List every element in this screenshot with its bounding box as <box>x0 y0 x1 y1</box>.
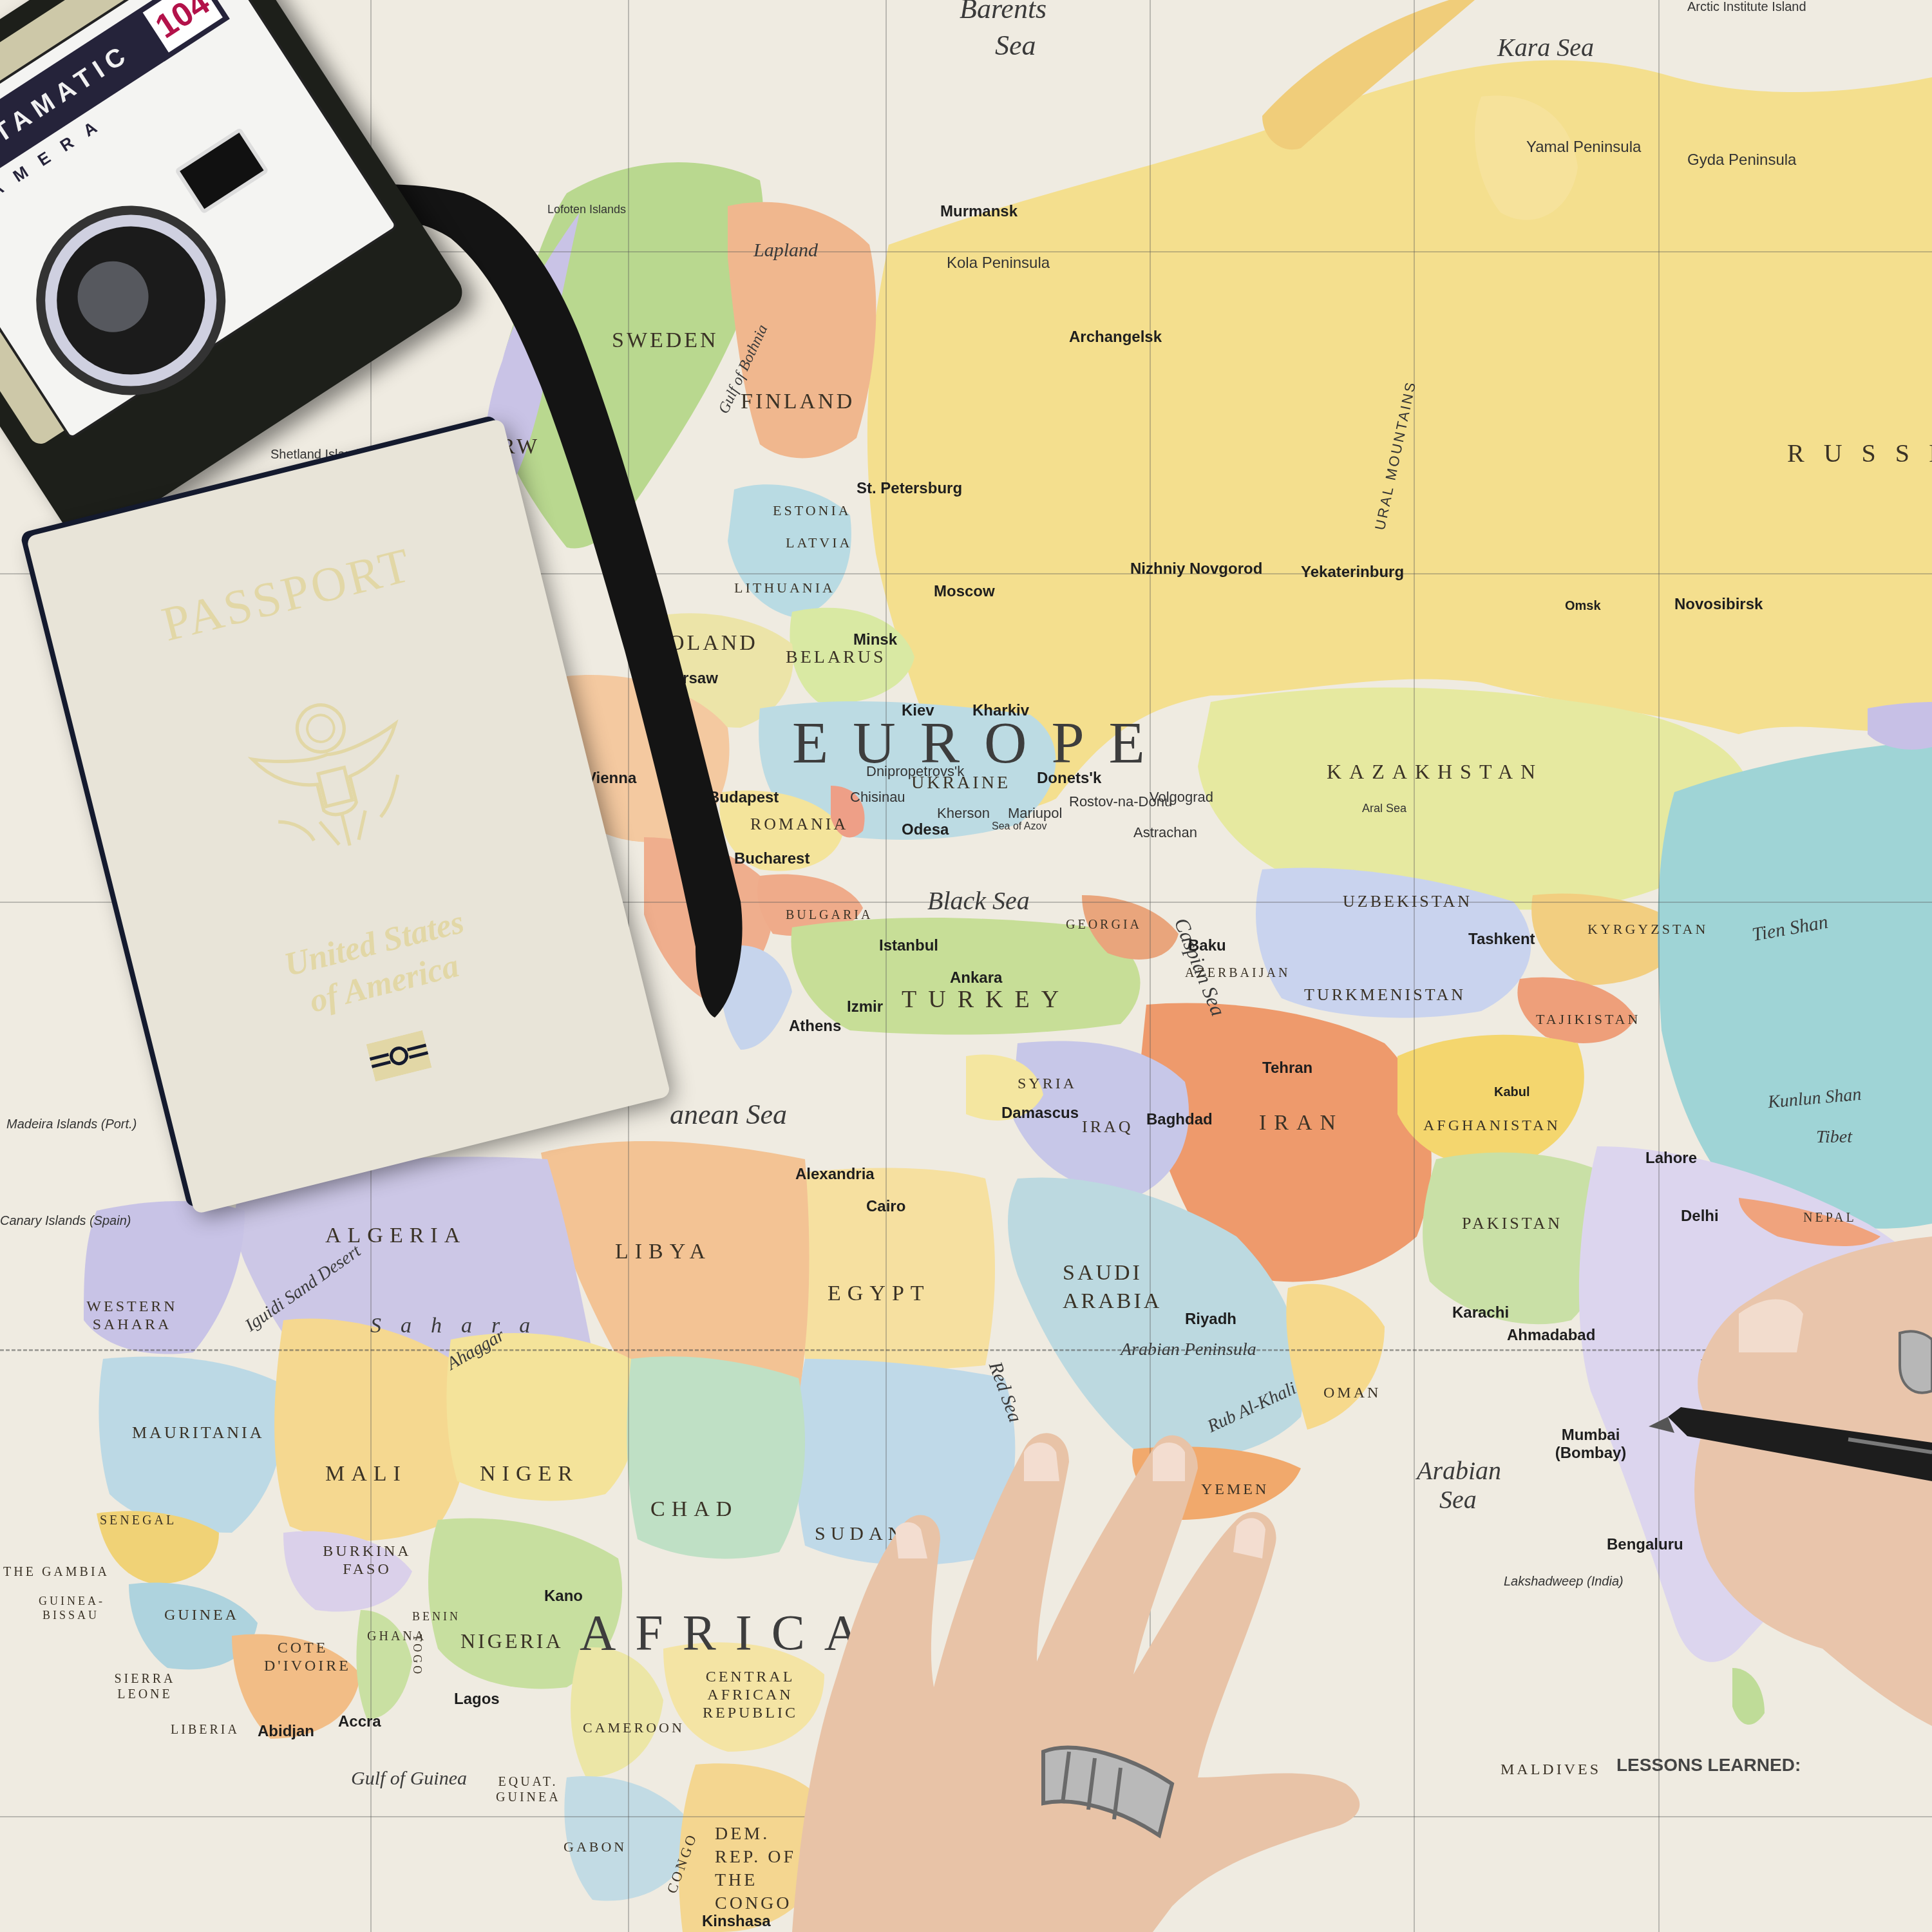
right-hand-icon <box>1694 1236 1932 1726</box>
photo-scene: EUROPE AFRICA Barents Sea Kara Sea rwegi… <box>0 0 1932 1932</box>
ring-right-icon <box>1900 1331 1932 1392</box>
left-hand-icon <box>792 1433 1359 1932</box>
hands <box>0 0 1932 1932</box>
